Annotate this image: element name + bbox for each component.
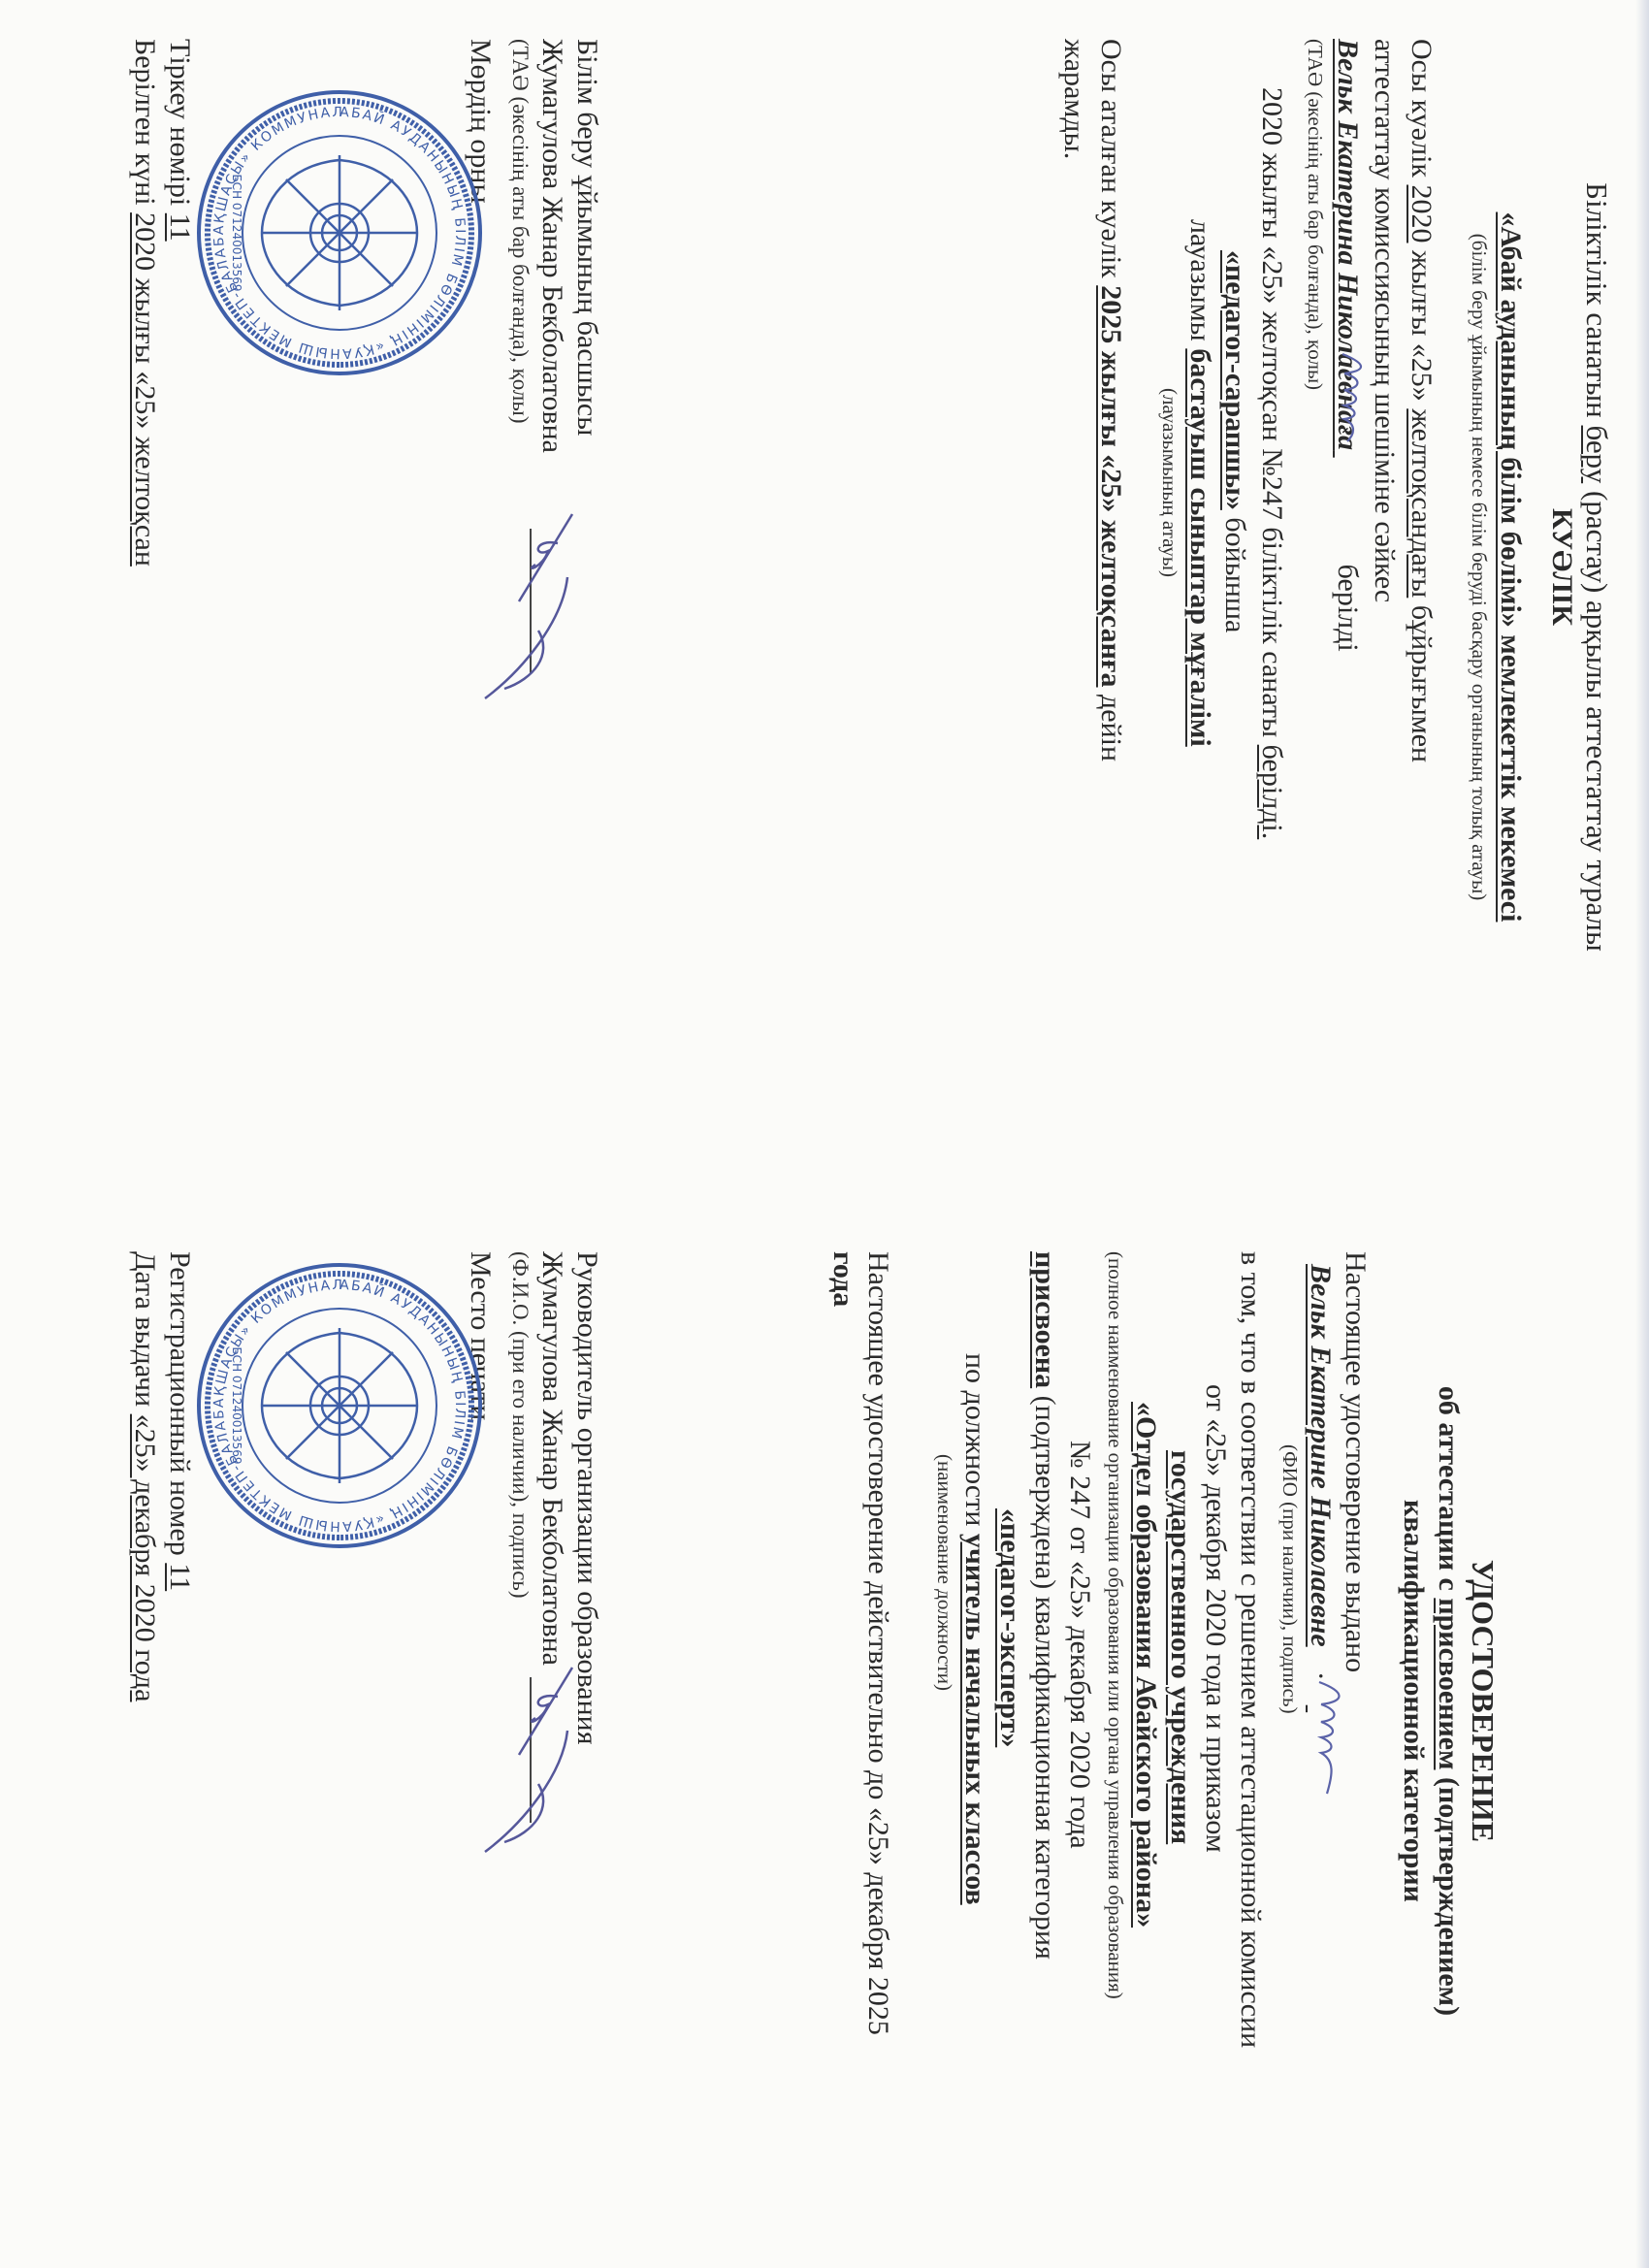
kz-recipient-after: берілді <box>1332 557 1364 652</box>
kz-date-label: Берілген күні <box>129 39 161 212</box>
ru-assigned: присвоена <box>1029 1251 1061 1388</box>
kz-position-pre: лауазымы <box>1184 219 1216 348</box>
ru-head-hint: (Ф.И.О. (при его наличии), подпись) <box>509 1251 532 1599</box>
ru-org-line2: «Отдел образования Абайского района» <box>1131 1402 1160 1928</box>
ru-reg-label: Регистрационный номер <box>164 1251 196 1563</box>
kz-category: «педагог-сарапшы» <box>1219 250 1251 510</box>
kz-title-kualik: КУӘЛІК <box>1547 0 1576 1134</box>
ru-head-signature-icon <box>475 1638 592 1871</box>
ru-position-line: по должности учитель начальных классов <box>960 1353 989 1905</box>
kz-title-post: (растау) арқылы аттестаттау туралы <box>1580 483 1614 952</box>
ru-category: «педагог-эксперт» <box>995 1508 1024 1747</box>
kz-p1-a: Осы куәлік <box>1406 39 1438 184</box>
ru-assigned-rest: (подтверждена) квалификационная категори… <box>1029 1388 1061 1960</box>
kz-position-line: лауазымы бастауыш сыныптар мұғалімі <box>1185 219 1214 747</box>
ru-date-label: Дата выдачи <box>129 1251 161 1414</box>
kz-title-underlined: беру <box>1580 426 1614 484</box>
kz-reg-label: Тіркеу нөмірі <box>164 39 196 213</box>
ru-subtitle-line2: квалификационной категории <box>1399 1134 1428 2268</box>
kz-valid-b: дейін <box>1095 688 1127 762</box>
kz-validity-line2: жарамды. <box>1059 39 1088 159</box>
ru-sub1-underlined: присвоением <box>1433 1598 1465 1769</box>
kz-official-stamp-icon: АБАЙ АУДАНЫНЫҢ БІЛІМ БӨЛІМІНІҢ «ҚУАНЫШ М… <box>194 87 485 378</box>
ru-org-hint: (полное наименование организации образов… <box>1105 1251 1125 1999</box>
ru-date-value: «25» декабря 2020 года <box>129 1414 161 1702</box>
kz-para2: аттестаттау комиссиясының шешіміне сәйке… <box>1370 39 1399 602</box>
ru-date-line: Дата выдачи «25» декабря 2020 года <box>130 1251 159 1702</box>
ru-head-name: Жумагулова Жанар Бекболатовна <box>537 1251 566 1666</box>
kz-date-line: Берілген күні 2020 жылғы «25» желтоқсан <box>130 39 159 567</box>
ru-position: учитель начальных классов <box>959 1534 991 1905</box>
kz-recipient-signature-icon <box>1333 349 1372 446</box>
svg-text:БСН 071240013569: БСН 071240013569 <box>230 174 243 291</box>
kz-p1-year: 2020 <box>1406 184 1438 243</box>
ru-para1: в том, что в соответствии с решением атт… <box>1236 1251 1265 2048</box>
ru-sub1-post: (подтверждением) <box>1433 1770 1465 2017</box>
kz-head-title: Білім беру ұйымының басшысы <box>572 39 601 436</box>
ru-recipient-signature-icon <box>1307 1677 1350 1803</box>
ru-subtitle-line1: об аттестации с присвоением (подтвержден… <box>1434 1134 1463 2268</box>
kz-reg-num: 11 <box>164 213 196 242</box>
kz-category-line: «педагог-сарапшы» бойынша <box>1220 250 1249 632</box>
ru-recipient-name: Вельк Екатерине Николаевне <box>1305 1264 1337 1647</box>
ru-issued: Настоящее удостоверение выдано <box>1341 1251 1370 1672</box>
ru-position-hint: (наименование должности) <box>934 1454 954 1691</box>
kz-org-name: «Абай ауданының білім бөлімі» мемлекетті… <box>1496 0 1525 1134</box>
kz-head-name: Жумагулова Жанар Бекболатовна <box>537 39 566 453</box>
kz-category-after: бойынша <box>1219 510 1251 632</box>
kz-org-hint: (білім беру ұйымының немесе білім беруді… <box>1469 0 1489 1134</box>
ru-para2: от «25» декабря 2020 года и приказом <box>1201 1384 1230 1853</box>
certificate-kazakh: Біліктілік санатын беру (растау) арқылы … <box>0 0 1649 1134</box>
kz-validity-line: Осы аталған куәлік 2025 жылғы «25» желто… <box>1096 39 1125 761</box>
ru-official-stamp-icon: АБАЙ АУДАНЫНЫҢ БІЛІМ БӨЛІМІНІҢ «ҚУАНЫШ М… <box>194 1260 485 1551</box>
ru-sub1-pre: об аттестации с <box>1433 1386 1465 1598</box>
kz-head-hint: (ТАӘ (әкесінің аты бар болғанда), қолы) <box>509 39 532 424</box>
kz-position: бастауыш сыныптар мұғалімі <box>1184 348 1216 746</box>
kz-recipient-line: Вельк Екатерина Николаевнаға берілді <box>1333 39 1362 652</box>
kz-p4-a: 2020 жылғы «25» желтоқсан №247 біліктілі… <box>1256 87 1288 745</box>
certificate-russian: УДОСТОВЕРЕНИЕ об аттестации с присвоение… <box>0 1134 1649 2268</box>
ru-assigned-line: присвоена (подтверждена) квалификационна… <box>1030 1251 1059 1960</box>
ru-org-line1: государственного учреждения <box>1166 1450 1195 1844</box>
ru-validity-year: года <box>828 1251 857 1307</box>
kz-valid-date: 2025 жылғы «25» желтоқсанға <box>1095 285 1127 687</box>
kz-valid-a: Осы аталған куәлік <box>1095 39 1127 285</box>
kz-recipient-hint: (ТАӘ (әкесінің аты бар болғанда), қолы) <box>1305 39 1325 390</box>
kz-title-pre: Біліктілік санатын <box>1580 182 1614 425</box>
kz-reg-line: Тіркеу нөмірі 11 <box>165 39 194 242</box>
ru-recipient-hint: (ФИО (при наличии), подпись) <box>1279 1444 1300 1714</box>
kz-para4: 2020 жылғы «25» желтоқсан №247 біліктілі… <box>1257 87 1286 839</box>
kz-position-hint: (лауазымының атауы) <box>1159 388 1180 577</box>
kz-p1-month: желтоқсандағы <box>1406 408 1438 598</box>
ru-validity-line: Настоящее удостоверение действительно до… <box>863 1251 892 2035</box>
ru-position-pre: по должности <box>959 1353 991 1534</box>
kz-p1-b: жылғы «25» <box>1406 243 1438 408</box>
ru-title: УДОСТОВЕРЕНИЕ <box>1468 1134 1499 2268</box>
kz-title-line1: Біліктілік санатын беру (растау) арқылы … <box>1582 0 1612 1134</box>
ru-order: № 247 от «25» декабря 2020 года <box>1065 1441 1094 1849</box>
ru-reg-num: 11 <box>164 1563 196 1591</box>
kz-date-value: 2020 жылғы «25» желтоқсан <box>129 212 161 567</box>
kz-p1-c: бұйрығымен <box>1406 598 1438 762</box>
kz-recipient-signature-line <box>1333 450 1362 557</box>
svg-text:БСН 071240013569: БСН 071240013569 <box>230 1346 243 1464</box>
ru-reg-line: Регистрационный номер 11 <box>165 1251 194 1591</box>
kz-p4-given: берілді. <box>1256 745 1288 840</box>
kz-para1: Осы куәлік 2020 жылғы «25» желтоқсандағы… <box>1406 39 1436 762</box>
kz-head-signature-icon <box>475 485 592 718</box>
